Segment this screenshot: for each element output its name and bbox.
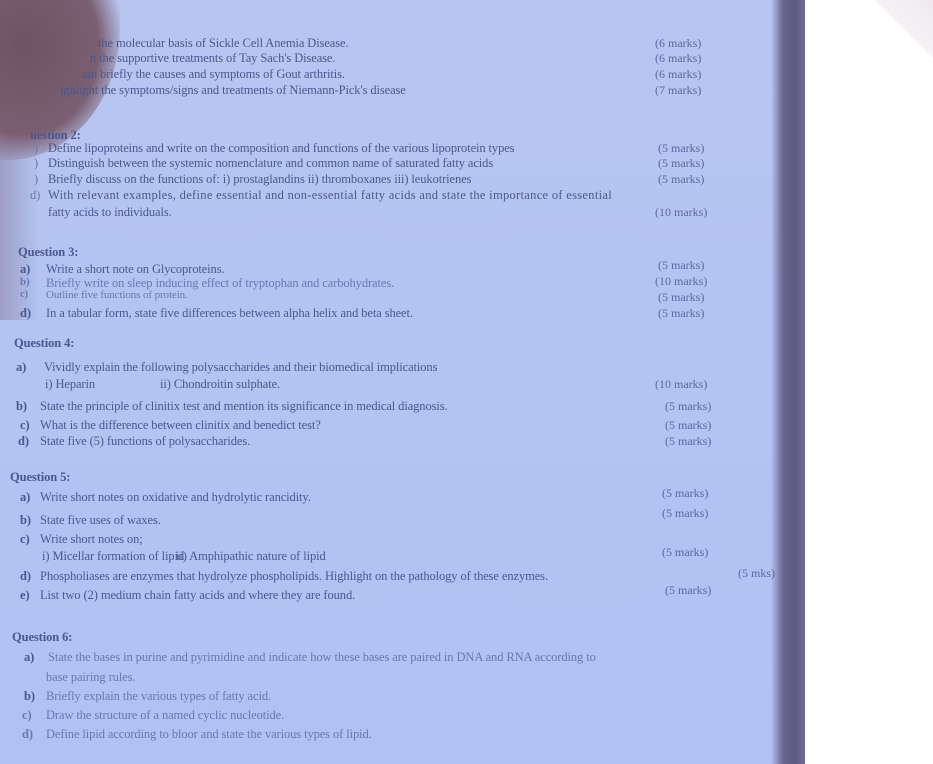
q5-item-label: c) xyxy=(20,532,30,547)
q5-subitem: ii) Amphipathic nature of lipid xyxy=(176,549,326,564)
q5-item-text: Write short notes on; xyxy=(40,532,143,547)
q2-item-text: Distinguish between the systemic nomencl… xyxy=(48,156,493,171)
q2-item-label: d) xyxy=(30,188,40,203)
q1-item-marks: (6 marks) xyxy=(655,36,701,51)
q4-item-label: c) xyxy=(20,418,30,433)
q3-item-marks: (5 marks) xyxy=(658,258,704,273)
q5-item-marks: (5 marks) xyxy=(665,583,711,598)
q4-item-label: d) xyxy=(18,434,29,449)
q6-item-label: c) xyxy=(22,708,32,723)
q4-item-marks: (5 marks) xyxy=(665,399,711,414)
q1-item-marks: (6 marks) xyxy=(655,67,701,82)
q3-item-label: d) xyxy=(20,306,31,321)
q1-item-text: n the supportive treatments of Tay Sach'… xyxy=(90,51,335,66)
question-4-heading: Question 4: xyxy=(14,336,74,351)
q6-item-text: State the bases in purine and pyrimidine… xyxy=(48,650,596,665)
q3-item-label: c) xyxy=(20,289,28,300)
q4-item-text: Vividly explain the following polysaccha… xyxy=(44,360,437,375)
q5-item-text: Write short notes on oxidative and hydro… xyxy=(40,490,311,505)
q4-subitem: ii) Chondroitin sulphate. xyxy=(160,377,280,392)
q5-item-marks: (5 marks) xyxy=(662,545,708,560)
q5-item-marks: (5 marks) xyxy=(662,506,708,521)
q6-item-label: d) xyxy=(22,727,33,742)
background-corner xyxy=(865,0,933,60)
q2-item-label: ) xyxy=(34,156,38,171)
q5-item-label: b) xyxy=(20,513,31,528)
q4-subitem: i) Heparin xyxy=(45,377,95,392)
q3-item-marks: (5 marks) xyxy=(658,290,704,305)
q4-item-label: a) xyxy=(16,360,26,375)
q4-item-marks: (10 marks) xyxy=(655,377,707,392)
q6-item-label: a) xyxy=(24,650,34,665)
q2-item-label: ) xyxy=(34,172,38,187)
q2-item-text: Define lipoproteins and write on the com… xyxy=(48,141,514,156)
q3-item-label: b) xyxy=(20,276,30,288)
q6-item-label: b) xyxy=(24,689,35,704)
q6-item-text: Define lipid according to bloor and stat… xyxy=(46,727,372,742)
q5-item-marks: (5 marks) xyxy=(662,486,708,501)
q2-item-marks: (5 marks) xyxy=(658,141,704,156)
q5-item-label: a) xyxy=(20,490,30,505)
q4-item-marks: (5 marks) xyxy=(665,418,711,433)
q4-item-marks: (5 marks) xyxy=(665,434,711,449)
q2-item-label: ) xyxy=(34,141,38,156)
q6-item-text: Draw the structure of a named cyclic nuc… xyxy=(46,708,284,723)
q5-item-text: State five uses of waxes. xyxy=(40,513,161,528)
exam-paper-photo: the molecular basis of Sickle Cell Anemi… xyxy=(0,0,805,764)
q4-item-text: State five (5) functions of polysacchari… xyxy=(40,434,250,449)
q3-item-marks: (5 marks) xyxy=(658,306,704,321)
q3-item-text: Outline five functions of protein. xyxy=(46,289,188,301)
q3-item-label: a) xyxy=(20,262,30,277)
q3-item-marks: (10 marks) xyxy=(655,274,707,289)
q2-item-marks: (5 marks) xyxy=(658,172,704,187)
q1-item-marks: (7 marks) xyxy=(655,83,701,98)
q5-item-label: d) xyxy=(20,569,31,584)
exam-content: the molecular basis of Sickle Cell Anemi… xyxy=(0,0,805,764)
q5-item-text: Phospholiases are enzymes that hydrolyze… xyxy=(40,569,548,584)
question-5-heading: Question 5: xyxy=(10,470,70,485)
q2-item-marks: (5 marks) xyxy=(658,156,704,171)
q4-item-text: What is the difference between clinitix … xyxy=(40,418,321,433)
q4-item-label: b) xyxy=(16,399,27,414)
q5-item-text: List two (2) medium chain fatty acids an… xyxy=(40,588,355,603)
question-6-heading: Question 6: xyxy=(12,630,72,645)
q5-subitem: i) Micellar formation of lipid xyxy=(42,549,184,564)
q1-item-text: ighlight the symptoms/signs and treatmen… xyxy=(60,83,406,98)
q2-item-marks: (10 marks) xyxy=(655,205,707,220)
q4-item-text: State the principle of clinitix test and… xyxy=(40,399,448,414)
q3-item-text: Write a short note on Glycoproteins. xyxy=(46,262,225,277)
q3-item-text: In a tabular form, state five difference… xyxy=(46,306,413,321)
q5-item-label: e) xyxy=(20,588,30,603)
q1-item-text: ain briefly the causes and symptoms of G… xyxy=(82,67,345,82)
q6-item-text: Briefly explain the various types of fat… xyxy=(46,689,271,704)
q1-item-text: the molecular basis of Sickle Cell Anemi… xyxy=(98,36,349,51)
q6-item-text-continued: base pairing rules. xyxy=(46,670,135,685)
q2-item-text: Briefly discuss on the functions of: i) … xyxy=(48,172,471,187)
q2-item-text: With relevant examples, define essential… xyxy=(48,188,612,203)
q1-item-marks: (6 marks) xyxy=(655,51,701,66)
question-3-heading: Question 3: xyxy=(18,245,78,260)
q5-item-marks: (5 mks) xyxy=(738,566,775,581)
q2-item-text-continued: fatty acids to individuals. xyxy=(48,205,172,220)
